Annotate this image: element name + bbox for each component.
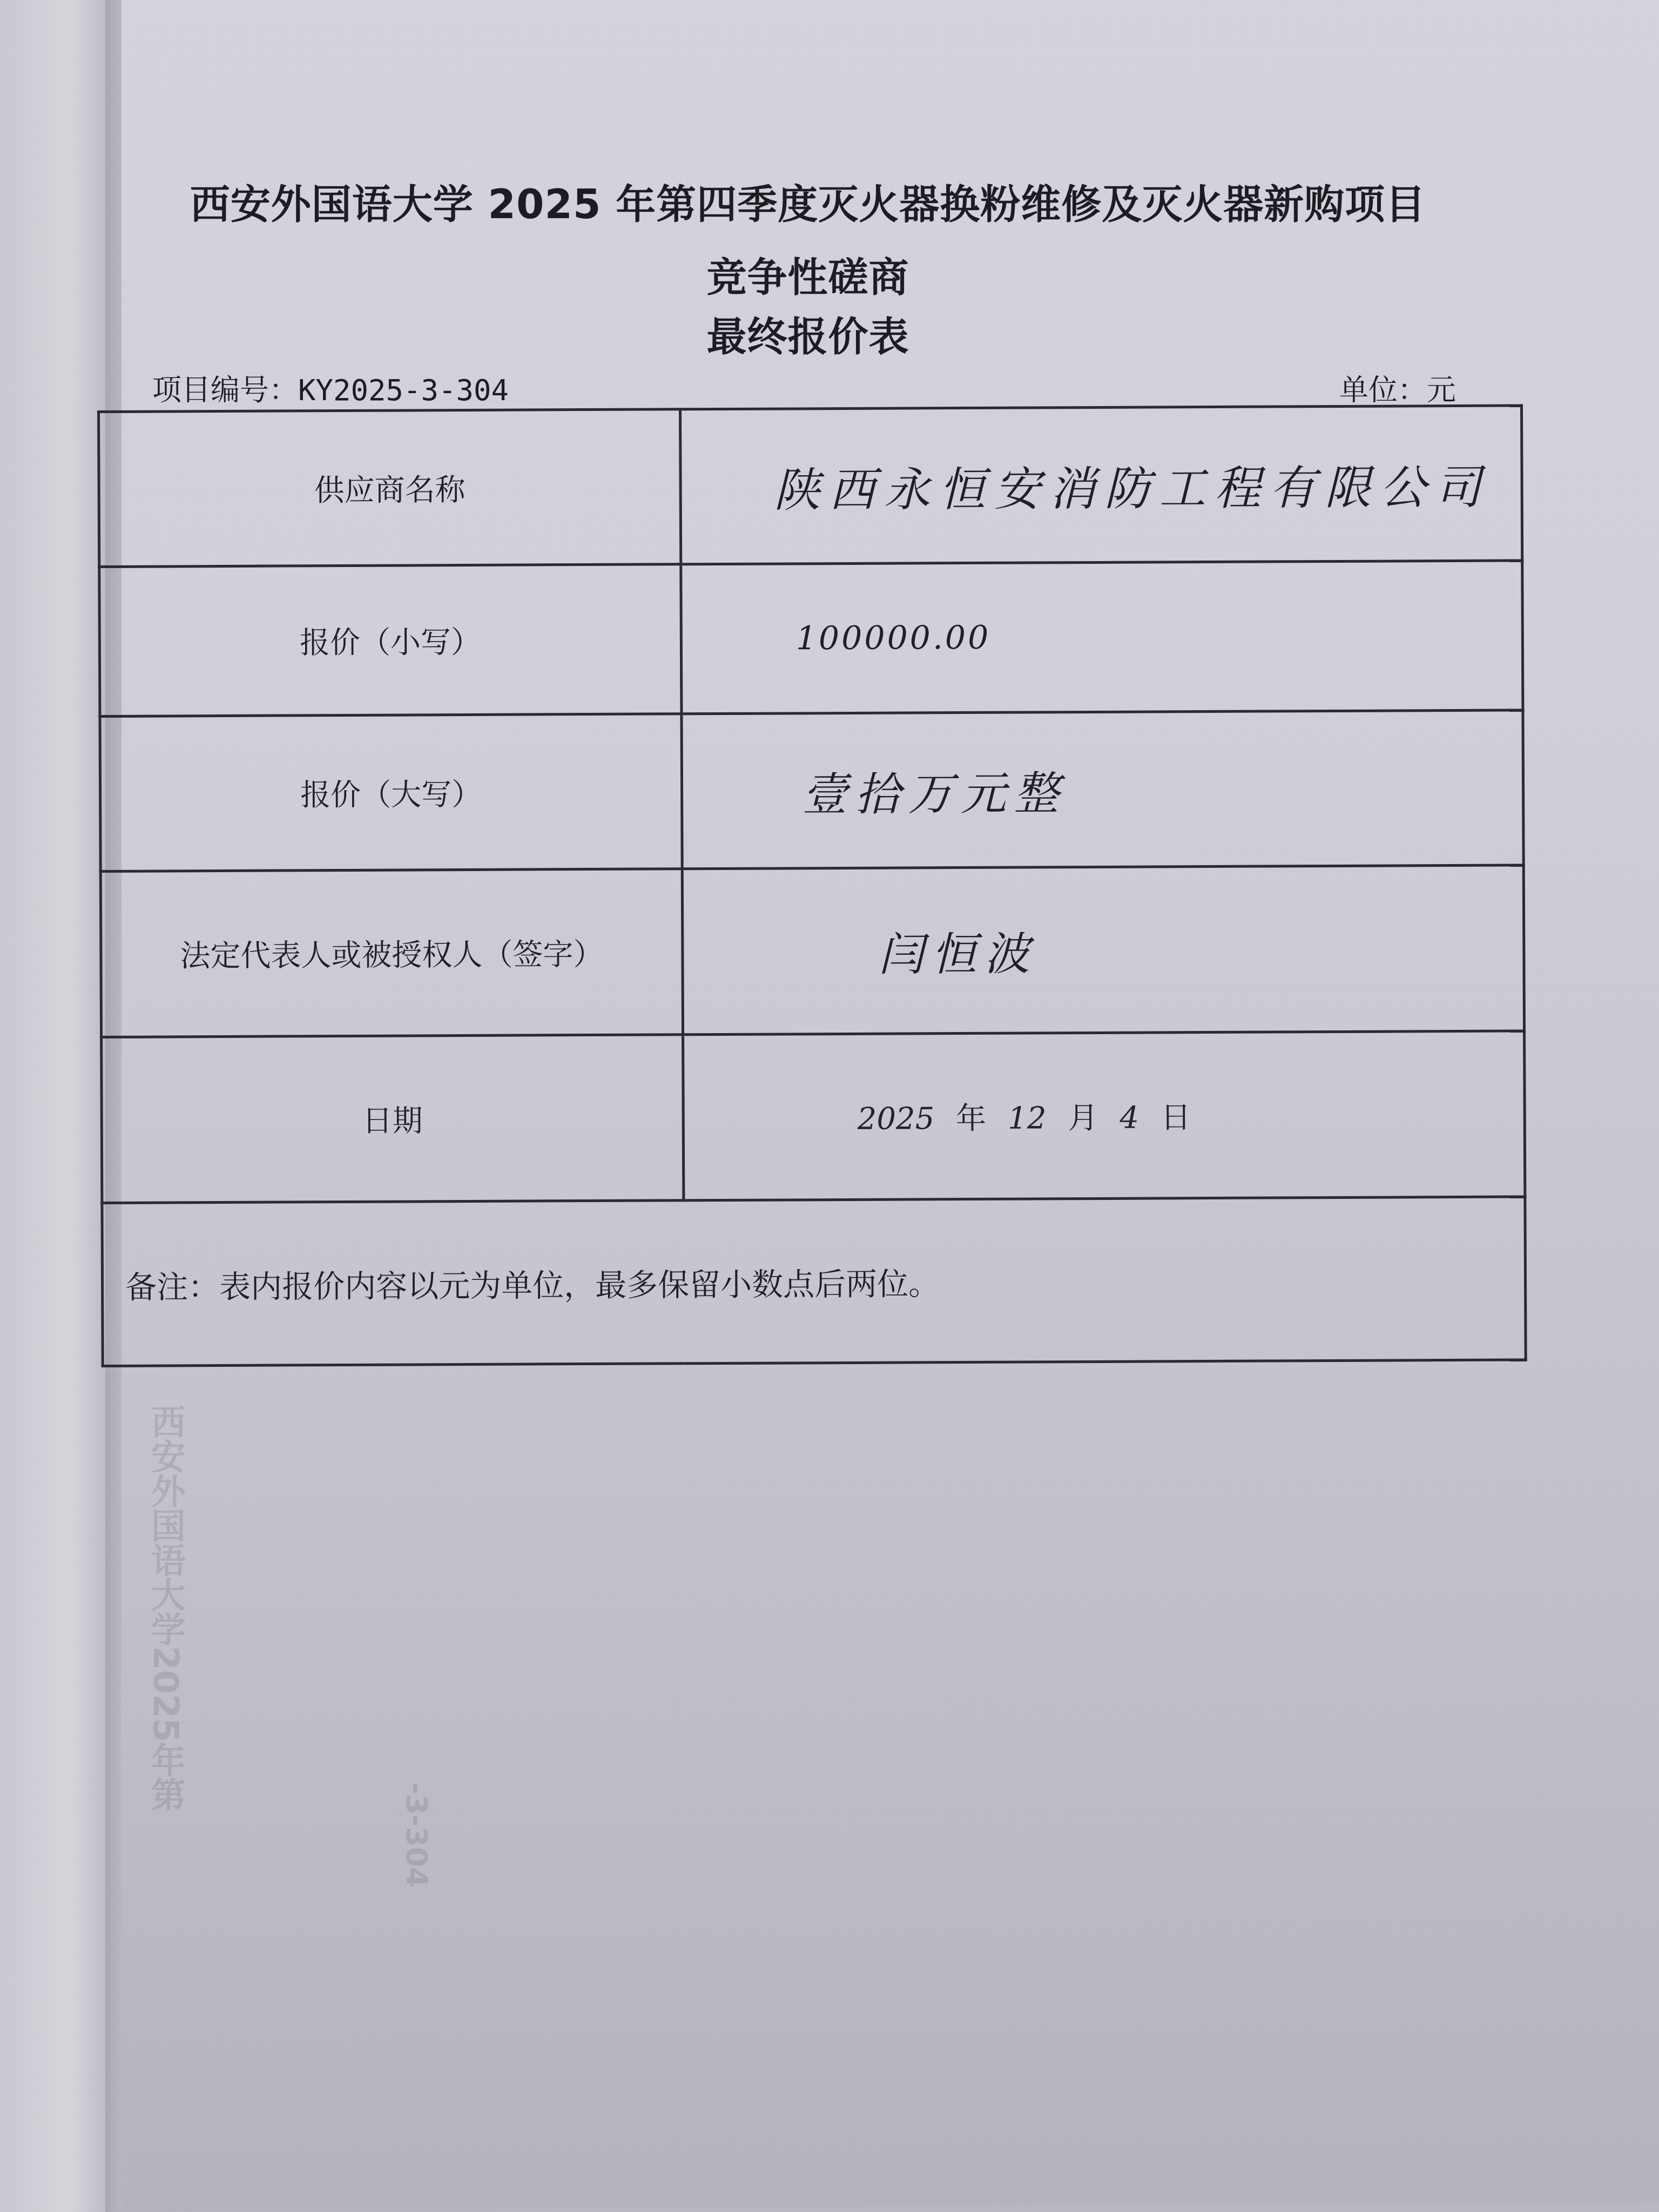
- document-title: 西安外国语大学 2025 年第四季度灭火器换粉维修及灭火器新购项目: [0, 173, 1637, 230]
- supplier-name-label: 供应商名称: [99, 409, 681, 567]
- table-row: 报价（小写） 100000.00: [99, 561, 1523, 716]
- supplier-name-value: 陕西永恒安消防工程有限公司: [680, 406, 1522, 564]
- table-row: 日期 2025年12月4日: [102, 1031, 1525, 1203]
- table-row: 供应商名称 陕西永恒安消防工程有限公司: [99, 406, 1522, 567]
- date-day: 4: [1120, 1101, 1139, 1136]
- price-words-label: 报价（大写）: [100, 714, 682, 872]
- unit-info: 单位：元: [1339, 367, 1456, 409]
- project-number-value: KY2025-3-304: [298, 373, 509, 407]
- bleed-through-number: -3-304: [400, 1782, 434, 1887]
- unit-value: 元: [1427, 373, 1456, 407]
- quote-table: 供应商名称 陕西永恒安消防工程有限公司 报价（小写） 100000.00 报价（…: [97, 404, 1527, 1367]
- bleed-through-text: 西安外国语大学2025年第: [140, 1404, 190, 1811]
- document-form-title: 最终报价表: [0, 305, 1637, 362]
- date-value: 2025年12月4日: [683, 1031, 1525, 1201]
- price-numeric-label: 报价（小写）: [99, 564, 682, 717]
- date-day-unit: 日: [1161, 1100, 1191, 1135]
- price-words-value: 壹拾万元整: [682, 710, 1523, 869]
- signatory-label: 法定代表人或被授权人（签字）: [100, 869, 683, 1037]
- table-row: 备注：表内报价内容以元为单位，最多保留小数点后两位。: [102, 1197, 1526, 1366]
- signature-value: 闫恒波: [682, 865, 1524, 1035]
- date-year-unit: 年: [956, 1101, 986, 1136]
- project-number-label: 项目编号：: [152, 373, 298, 407]
- date-month-unit: 月: [1068, 1101, 1098, 1136]
- date-year: 2025: [858, 1101, 935, 1137]
- unit-label: 单位：: [1339, 373, 1427, 407]
- date-label: 日期: [102, 1035, 684, 1203]
- table-row: 法定代表人或被授权人（签字） 闫恒波: [100, 865, 1524, 1037]
- project-number: 项目编号：KY2025-3-304: [152, 367, 509, 409]
- table-row: 报价（大写） 壹拾万元整: [100, 710, 1523, 871]
- note-text: 备注：表内报价内容以元为单位，最多保留小数点后两位。: [102, 1197, 1526, 1366]
- price-numeric-value: 100000.00: [681, 561, 1523, 714]
- date-month: 12: [1008, 1101, 1047, 1136]
- document-subtitle: 竞争性磋商: [0, 246, 1637, 303]
